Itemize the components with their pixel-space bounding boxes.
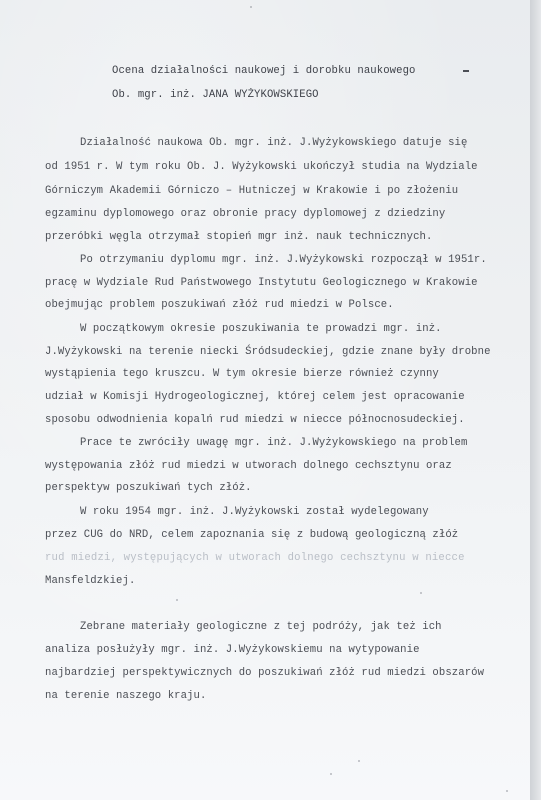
body-line: sposobu odwodnienia kopalń rud miedzi w … [45,413,465,427]
body-line: perspektyw poszukiwań tych złóż. [45,481,252,495]
body-line: od 1951 r. W tym roku Ob. J. Wyżykowski … [45,160,478,174]
body-line: egzaminu dyplomowego oraz obronie pracy … [45,207,445,221]
body-line: na terenie naszego kraju. [45,689,206,703]
scan-speck [176,599,178,601]
body-line: obejmując problem poszukiwań złóż rud mi… [45,298,394,312]
body-line: występowania złóż rud miedzi w utworach … [45,459,452,473]
body-line: J.Wyżykowski na terenie niecki Śródsudec… [45,345,491,359]
document-title-line-2: Ob. mgr. inż. JANA WYŻYKOWSKIEGO [112,88,319,102]
body-line: Po otrzymaniu dyplomu mgr. inż. J.Wyżyko… [80,253,487,267]
body-line: W roku 1954 mgr. inż. J.Wyżykowski zosta… [80,505,429,519]
body-line: W początkowym okresie poszukiwania te pr… [80,322,442,336]
body-line: Działalność naukowa Ob. mgr. inż. J.Wyży… [80,136,467,150]
document-title-line-1: Ocena działalności naukowej i dorobku na… [112,64,416,78]
scan-speck [330,773,332,775]
body-line: Zebrane materiały geologiczne z tej podr… [80,620,442,634]
body-line: Górniczym Akademii Górniczo – Hutniczej … [45,184,458,198]
body-line-faded: rud miedzi, występujących w utworach dol… [45,551,465,565]
body-line: przeróbki węgla otrzymał stopień mgr inż… [45,230,432,244]
page-edge [530,0,541,800]
title-dash-mark [463,70,469,72]
body-line: Prace te zwróciły uwagę mgr. inż. J.Wyży… [80,436,467,450]
scan-speck [250,6,252,8]
body-line: Mansfeldzkiej. [45,574,135,588]
scan-speck [420,592,422,594]
body-line: analiza posłużyły mgr. inż. J.Wyżykowski… [45,643,420,657]
body-line: pracę w Wydziale Rud Państwowego Instytu… [45,276,478,290]
body-line: przez CUG do NRD, celem zapoznania się z… [45,528,458,542]
body-line: najbardziej perspektywicznych do poszuki… [45,666,484,680]
body-line: udział w Komisji Hydrogeologicznej, któr… [45,390,465,404]
document-page: Ocena działalności naukowej i dorobku na… [0,0,531,800]
scan-speck [358,760,360,762]
scan-speck [506,790,508,792]
body-line: wystąpienia tego kruszcu. W tym okresie … [45,367,439,381]
